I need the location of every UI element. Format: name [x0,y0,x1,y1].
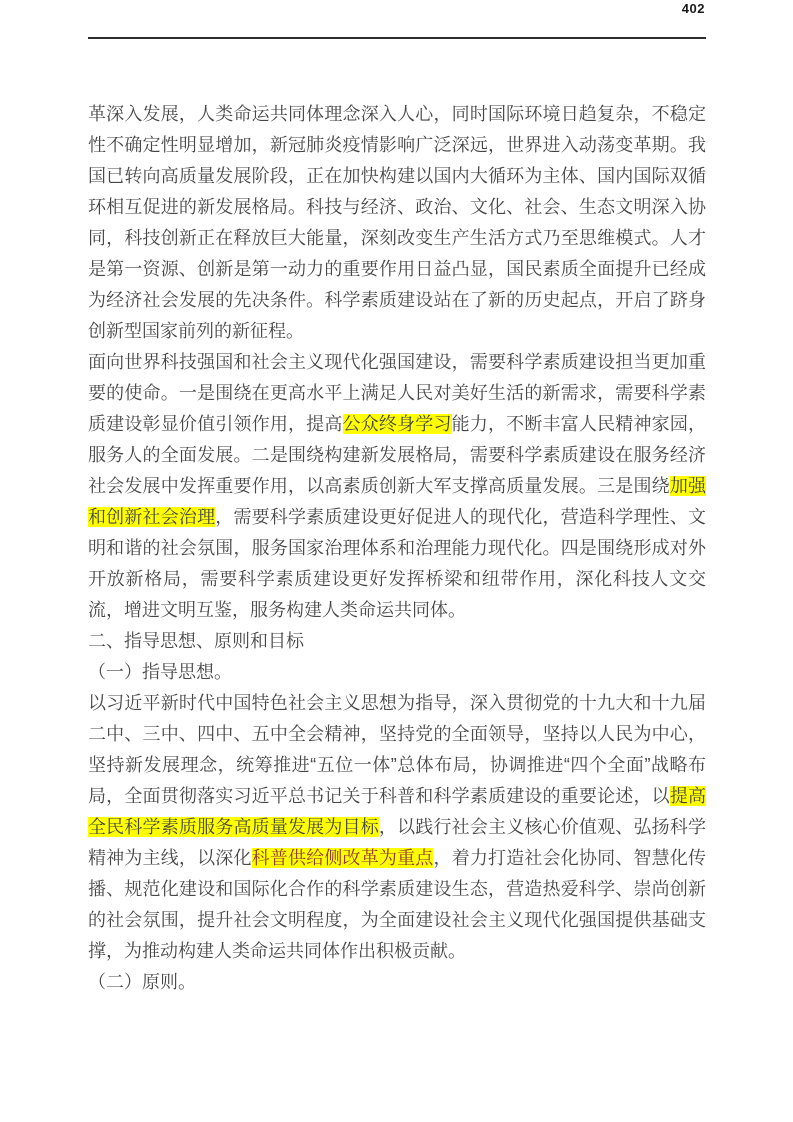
header-rule [88,37,706,39]
subsection-heading-principles: （二）原则。 [88,967,706,998]
document-page: { "page": { "number": "402" }, "colors":… [0,0,793,1122]
highlighted-red-text: 科普供给侧改革为重点 [252,848,434,868]
text-run: （一）指导思想。 [88,662,232,682]
text-run: 二、指导思想、原则和目标 [88,631,304,651]
subsection-heading-guiding-ideology: （一）指导思想。 [88,657,706,688]
page-number: 402 [682,1,705,16]
text-run: 革深入发展，人类命运共同体理念深入人心，同时国际环境日趋复杂，不稳定性不确定性明… [88,104,706,341]
paragraph-mission: 面向世界科技强国和社会主义现代化强国建设，需要科学素质建设担当更加重要的使命。一… [88,347,706,626]
paragraph-continuation: 革深入发展，人类命运共同体理念深入人心，同时国际环境日趋复杂，不稳定性不确定性明… [88,99,706,347]
section-heading: 二、指导思想、原则和目标 [88,626,706,657]
text-run: （二）原则。 [88,972,196,992]
text-run: 以习近平新时代中国特色社会主义思想为指导，深入贯彻党的十九大和十九届二中、三中、… [88,693,706,806]
document-body: 革深入发展，人类命运共同体理念深入人心，同时国际环境日趋复杂，不稳定性不确定性明… [88,99,706,998]
highlighted-text: 公众终身学习 [343,414,452,434]
paragraph-guiding-ideology: 以习近平新时代中国特色社会主义思想为指导，深入贯彻党的十九大和十九届二中、三中、… [88,688,706,967]
